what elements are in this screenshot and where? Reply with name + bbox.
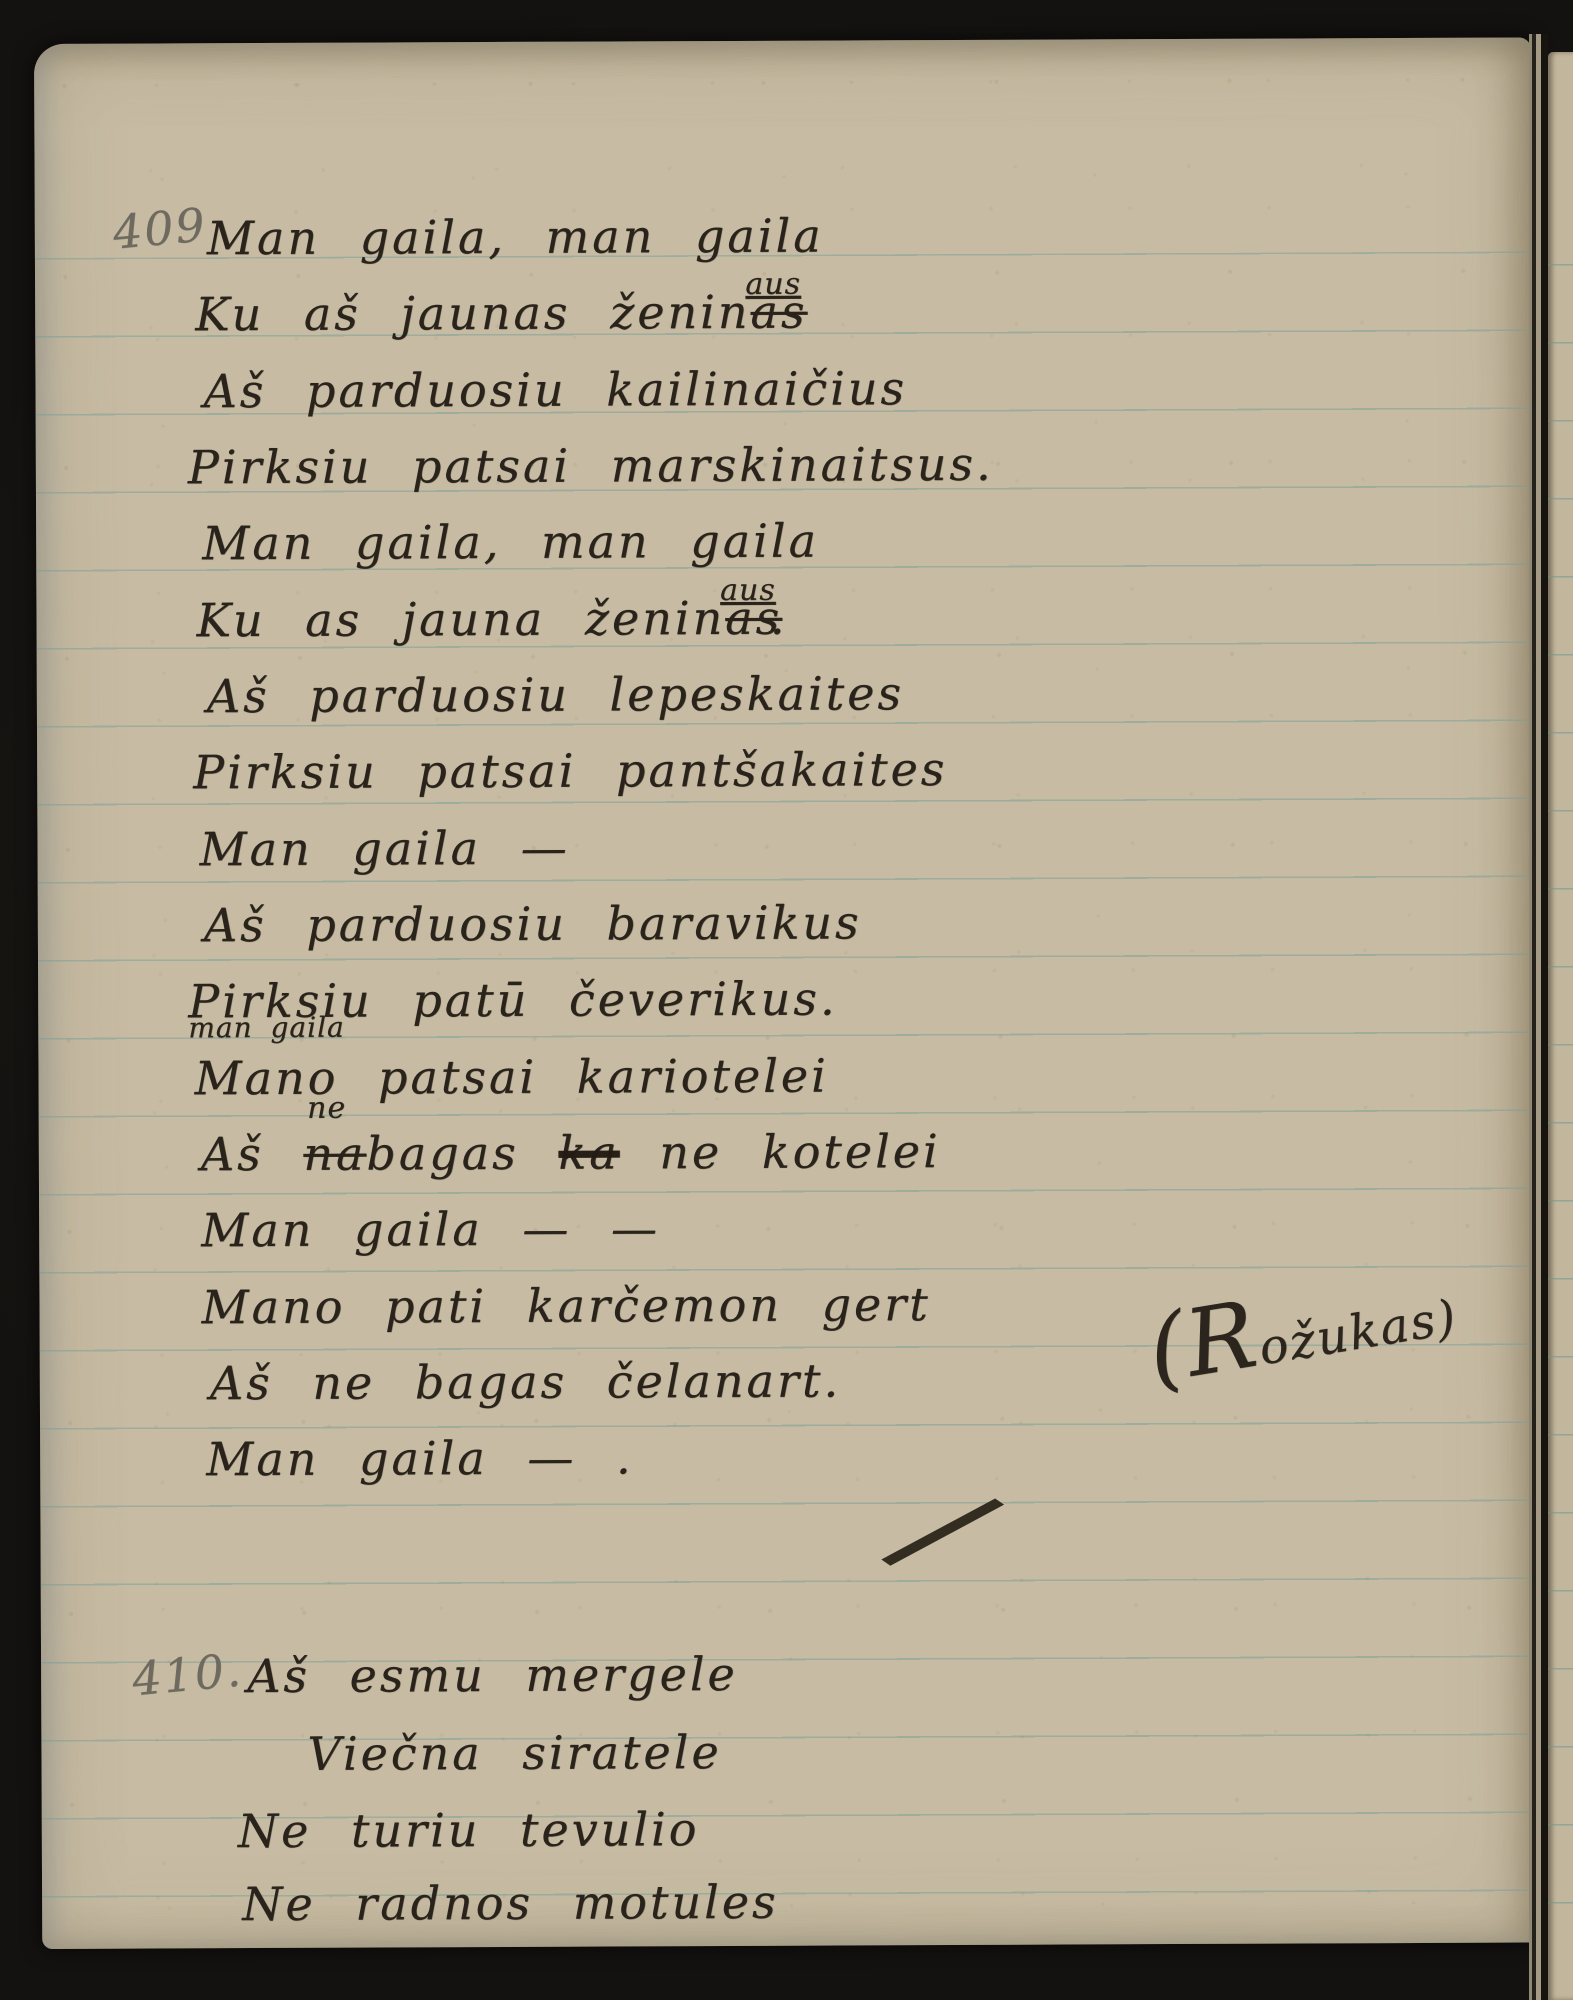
manuscript-line: Aš ne bagas čelanart. [210,1353,841,1410]
manuscript-line: Man gaila — — [201,1201,660,1257]
line-text: Ku as jauna ženin [196,591,725,647]
section-separator-mark: / [885,1459,1004,1601]
manuscript-line: Man gaila — . [206,1430,634,1486]
line-text: Ku aš jaunas ženin [195,285,751,341]
collector-annotation: (Rožukas) [1147,1289,1461,1394]
correction-text: aus [720,573,776,608]
line-text: ne kotelei [620,1124,941,1179]
manuscript-line: Aš parduosiu lepeskaites [207,666,904,723]
manuscript-line: Man gaila, man gaila [207,209,824,266]
manuscript-line: Aš parduosiu baravikus [204,895,862,952]
margin-number-410: 410. [130,1642,245,1706]
struck-text: na [303,1127,366,1181]
scan-background: 409 Man gaila, man gaila Ku aš jaunas že… [0,0,1573,2000]
book-binding-gap [1529,34,1548,2000]
manuscript-line: Man gaila — [199,821,569,877]
manuscript-line: Ku aš jaunas ženinasaus [195,285,795,342]
manuscript-line: Viečna siratele [307,1725,721,1781]
interlinear-note: man gaila [188,1011,345,1045]
struck-text: ka [558,1125,620,1179]
corrected-word: nena [303,1127,366,1181]
manuscript-line: Pirksiu patsai pantšakaites [193,742,947,799]
underlying-page-edge [1548,52,1573,2000]
notebook-page: 409 Man gaila, man gaila Ku aš jaunas že… [34,37,1539,1949]
manuscript-line: Mano patsai kariotelei [194,1049,828,1106]
correction-text: aus [745,267,801,302]
margin-number-409: 409 [111,197,209,259]
correction-text: ne [307,1091,346,1126]
manuscript-line: Ku as jauna ženinasaus. [196,591,787,648]
manuscript-line: Ne radnos motules [242,1875,779,1931]
manuscript-line: Pirksiu patsai marskinaitsus. [188,437,994,495]
manuscript-line: Mano pati karčemon gert [201,1277,930,1334]
manuscript-line: Aš nenabagas ka ne kotelei [201,1124,941,1181]
manuscript-line: Aš esmu mergele [247,1647,738,1703]
line-text: bagas [366,1126,558,1181]
manuscript-line: Aš parduosiu kailinaičius [203,361,907,418]
line-text: Aš [201,1127,304,1181]
manuscript-line: Ne turiu tevulio [238,1802,700,1858]
manuscript-line: Man gaila, man gaila [202,514,819,571]
